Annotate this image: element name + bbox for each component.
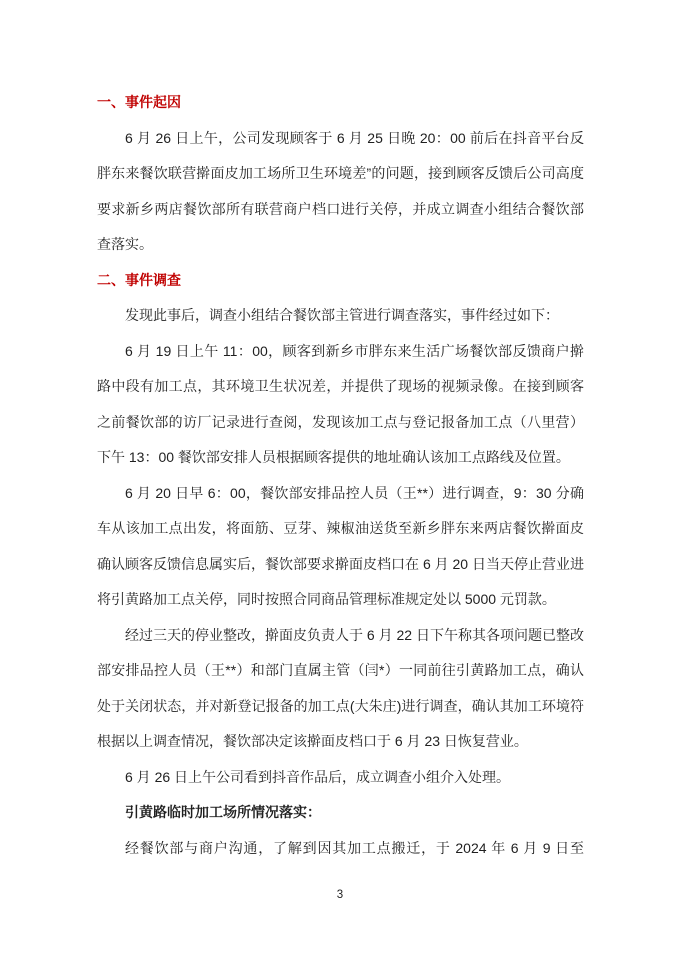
text-line: 要求新乡两店餐饮部所有联营商户档口进行关停，并成立调查小组结合餐饮部主管对此事调 [97,192,584,228]
section-heading: 二、事件调查 [97,263,584,299]
document-page: 一、事件起因6 月 26 日上午，公司发现顾客于 6 月 25 日晚 20：00… [0,0,680,961]
text-line: 下午 13：00 餐饮部安排人员根据顾客提供的地址确认该加工点路线及位置。 [97,440,584,476]
page-footer: 3 [0,889,680,901]
text-line: 车从该加工点出发，将面筋、豆芽、辣椒油送货至新乡胖东来两店餐饮擀面皮档口。经调查 [97,511,584,547]
text-line: 6 月 26 日上午，公司发现顾客于 6 月 25 日晚 20：00 前后在抖音… [97,121,584,157]
document-content: 一、事件起因6 月 26 日上午，公司发现顾客于 6 月 25 日晚 20：00… [97,85,584,866]
text-line: 确认顾客反馈信息属实后，餐饮部要求擀面皮档口在 6 月 20 日当天停止营业进行… [97,547,584,583]
section-heading: 一、事件起因 [97,85,584,121]
text-line: 发现此事后，调查小组结合餐饮部主管进行调查落实，事件经过如下： [97,298,584,334]
text-line: 之前餐饮部的访厂记录进行查阅，发现该加工点与登记报备加工点（八里营）不一致。当日 [97,405,584,441]
text-line: 查落实。 [97,227,584,263]
page-number: 3 [337,889,343,901]
text-line: 经餐饮部与商户沟通，了解到因其加工点搬迁，于 2024 年 6 月 9 日至 2… [97,831,584,867]
text-line: 6 月 19 日上午 11：00，顾客到新乡市胖东来生活广场餐饮部反馈商户擀面皮… [97,334,584,370]
text-line: 胖东来餐饮联营擀面皮加工场所卫生环境差”的问题，接到顾客反馈后公司高度重视，立即 [97,156,584,192]
text-line: 根据以上调查情况，餐饮部决定该擀面皮档口于 6 月 23 日恢复营业。 [97,724,584,760]
text-line: 处于关闭状态，并对新登记报备的加工点(大朱庄)进行调查，确认其加工环境符合公司标… [97,689,584,725]
text-line: 部安排品控人员（王**）和部门直属主管（闫*）一同前往引黄路加工点，确认该加工点… [97,653,584,689]
subsection-heading: 引黄路临时加工场所情况落实： [97,795,584,831]
text-line: 6 月 20 日早 6：00，餐饮部安排品控人员（王**）进行调查，9：30 分… [97,476,584,512]
text-line: 路中段有加工点，其环境卫生状况差，并提供了现场的视频录像。在接到顾客反馈后，结合 [97,369,584,405]
text-line: 将引黄路加工点关停，同时按照合同商品管理标准规定处以 5000 元罚款。 [97,582,584,618]
text-line: 经过三天的停业整改，擀面皮负责人于 6 月 22 日下午称其各项问题已整改完毕，… [97,618,584,654]
text-line: 6 月 26 日上午公司看到抖音作品后，成立调查小组介入处理。 [97,760,584,796]
